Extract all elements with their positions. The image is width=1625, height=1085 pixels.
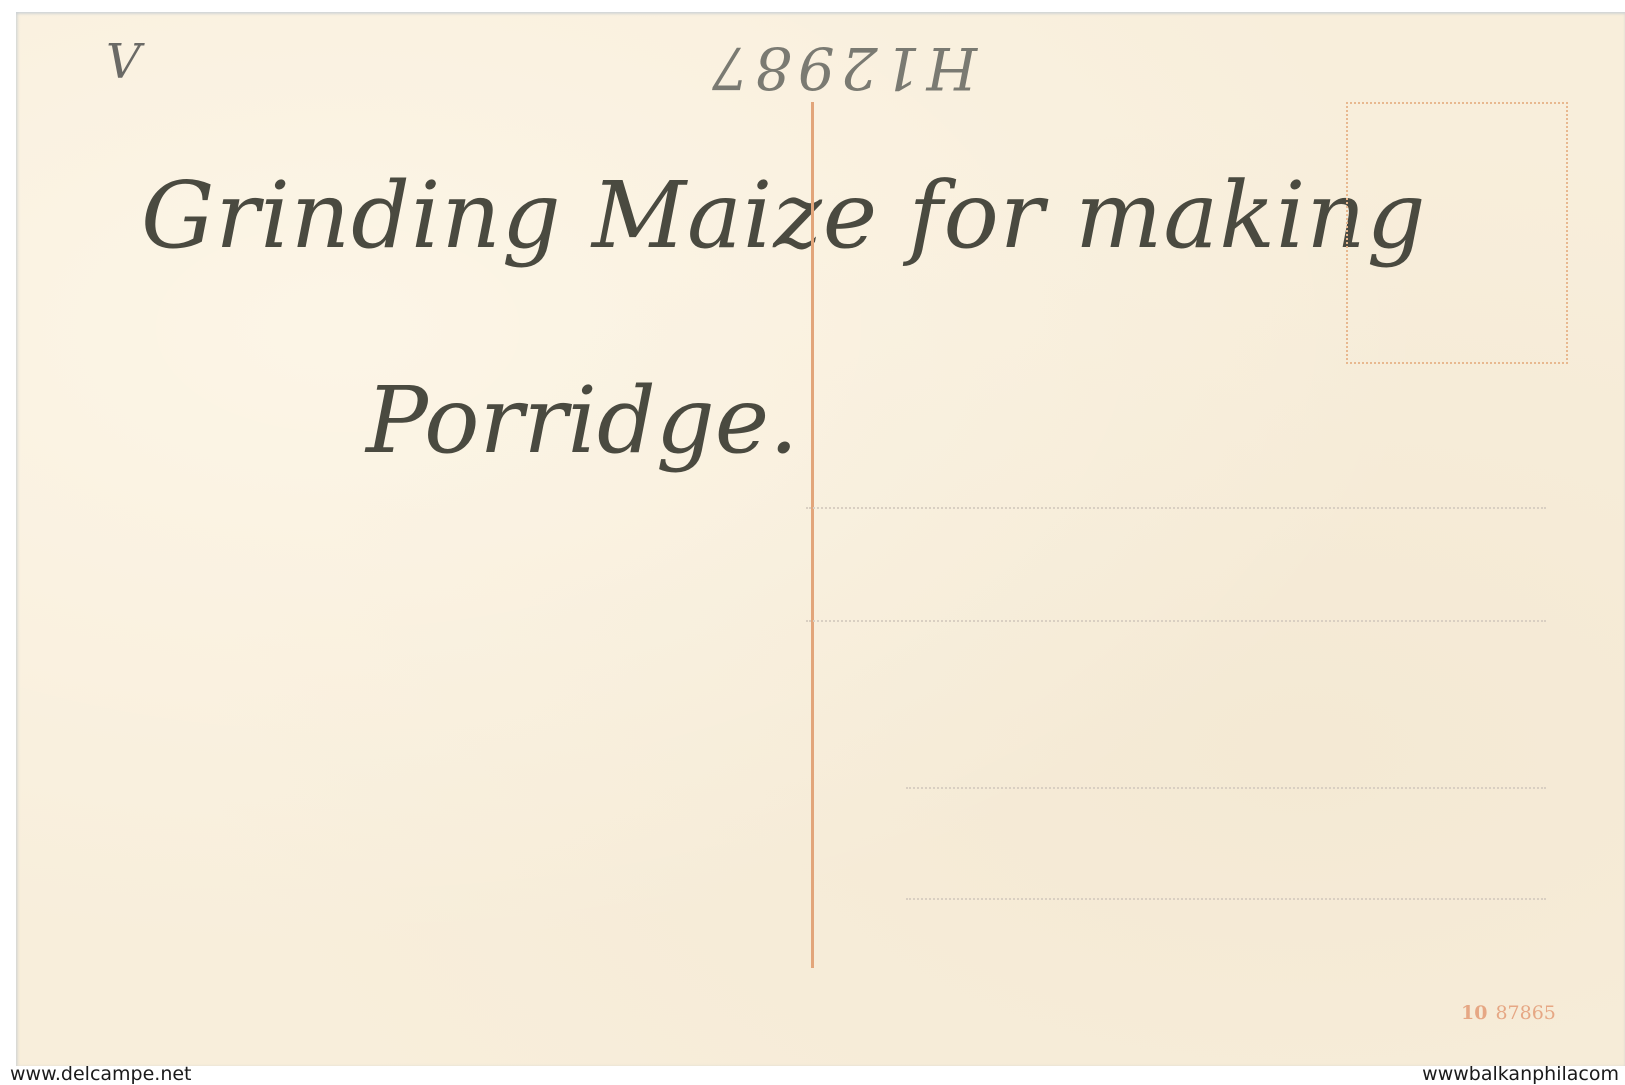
corner-handwritten-mark: V [106,34,141,90]
watermark-delcampe: www.delcampe.net [10,1063,192,1085]
address-line-2 [806,620,1546,622]
catalog-number-handwritten: H12987 [706,34,977,102]
print-number-value: 87865 [1495,1002,1555,1024]
center-divider-line [811,102,814,968]
address-line-3 [906,787,1546,789]
print-number: 1087865 [1461,1002,1556,1024]
stamp-box [1346,102,1568,364]
watermark-balkanphila: wwwbalkanphilacom [1422,1063,1619,1085]
address-line-4 [906,898,1546,900]
caption-line-1: Grinding Maize for making [141,162,1427,269]
postcard-back: V H12987 Grinding Maize for making Porri… [16,12,1625,1066]
caption-line-2: Porridge. [366,367,798,474]
print-number-prefix: 10 [1461,1002,1487,1024]
address-line-1 [806,507,1546,509]
